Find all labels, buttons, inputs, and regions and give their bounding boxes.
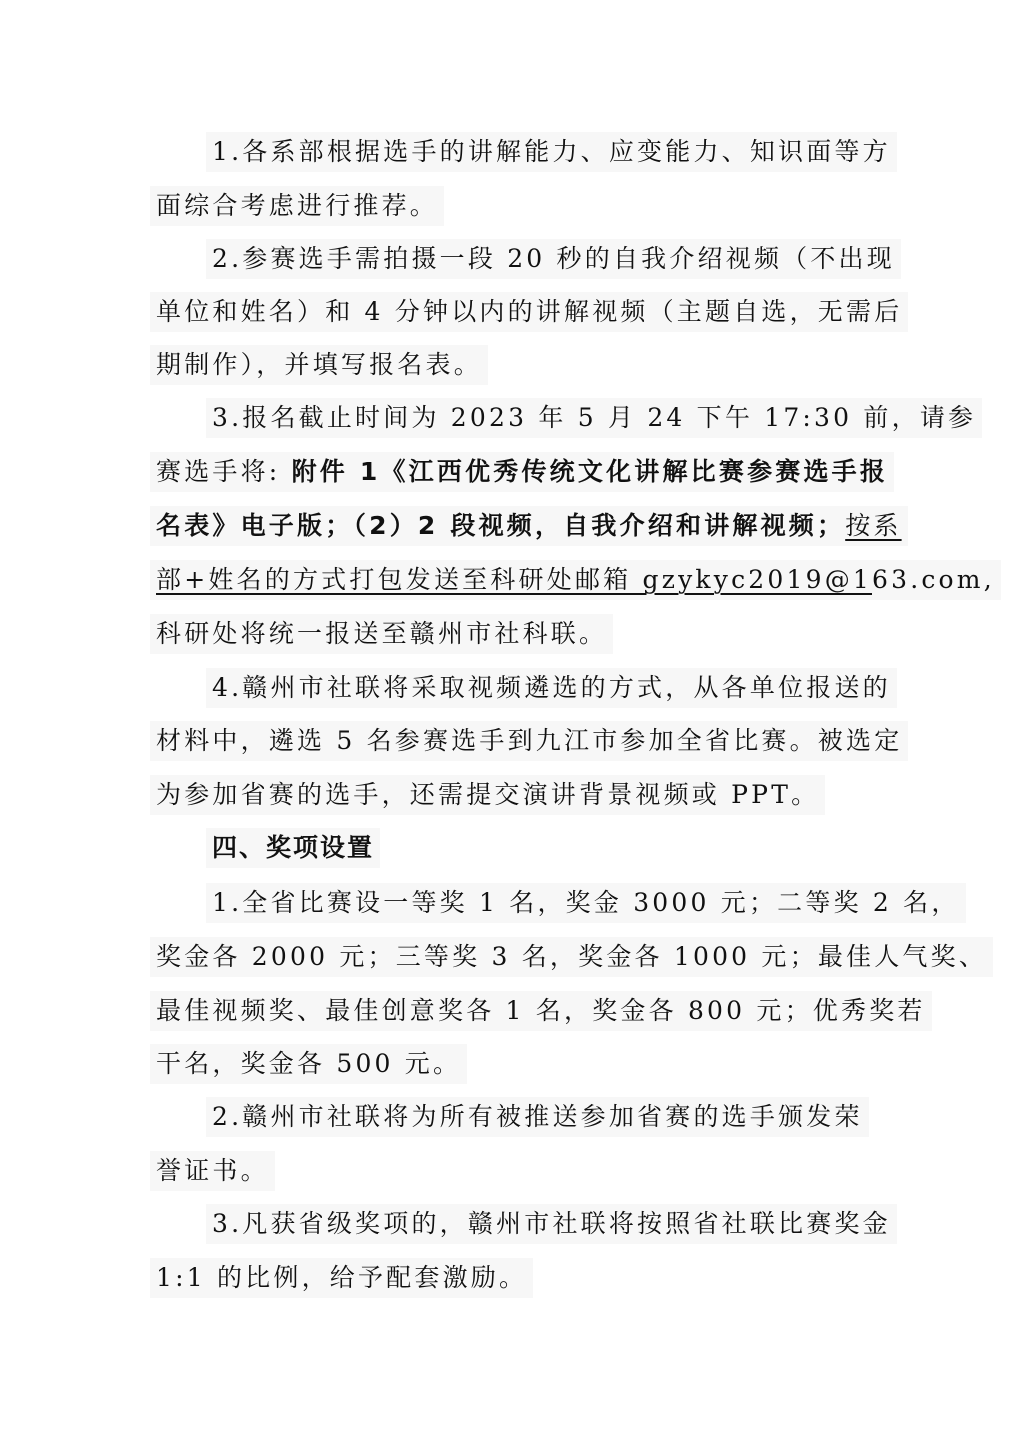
paragraph-line: 3.报名截止时间为 2023 年 5 月 24 下午 17:30 前，请参 xyxy=(206,398,982,438)
plain-text: 63.com, xyxy=(872,565,995,594)
paragraph-line: 面综合考虑进行推荐。 xyxy=(150,186,444,226)
paragraph-line: 4.赣州市社联将采取视频遴选的方式，从各单位报送的 xyxy=(206,668,897,708)
paragraph-line: 部+姓名的方式打包发送至科研处邮箱 gzykyc2019@163.com, xyxy=(150,560,1001,600)
paragraph-line: 为参加省赛的选手，还需提交演讲背景视频或 PPT。 xyxy=(150,775,825,815)
underlined-email-instruction: 部+姓名的方式打包发送至科研处邮箱 gzykyc2019@1 xyxy=(156,565,872,594)
paragraph-line: 1:1 的比例，给予配套激励。 xyxy=(150,1258,533,1298)
bold-attachment-text: 名表》电子版；（2）2 段视频，自我介绍和讲解视频； xyxy=(156,511,845,540)
paragraph-line: 干名，奖金各 500 元。 xyxy=(150,1044,467,1084)
paragraph-line: 奖金各 2000 元；三等奖 3 名，奖金各 1000 元；最佳人气奖、 xyxy=(150,937,993,977)
paragraph-line: 1.全省比赛设一等奖 1 名，奖金 3000 元；二等奖 2 名， xyxy=(206,883,966,923)
underlined-instruction: 按系 xyxy=(845,511,901,540)
paragraph-line: 赛选手将: 附件 1《江西优秀传统文化讲解比赛参赛选手报 xyxy=(150,452,894,492)
paragraph-line: 科研处将统一报送至赣州市社科联。 xyxy=(150,614,613,654)
paragraph-line: 名表》电子版；（2）2 段视频，自我介绍和讲解视频；按系 xyxy=(150,506,908,546)
paragraph-line: 1.各系部根据选手的讲解能力、应变能力、知识面等方 xyxy=(206,132,897,172)
paragraph-line: 誉证书。 xyxy=(150,1151,275,1191)
document-page: 1.各系部根据选手的讲解能力、应变能力、知识面等方 面综合考虑进行推荐。 2.参… xyxy=(0,0,1024,1448)
paragraph-line: 最佳视频奖、最佳创意奖各 1 名，奖金各 800 元；优秀奖若 xyxy=(150,991,932,1031)
plain-text: 赛选手将: xyxy=(156,457,292,486)
paragraph-line: 2.参赛选手需拍摄一段 20 秒的自我介绍视频（不出现 xyxy=(206,239,901,279)
section-heading: 四、奖项设置 xyxy=(206,828,380,868)
bold-attachment-text: 附件 1《江西优秀传统文化讲解比赛参赛选手报 xyxy=(292,457,889,486)
paragraph-line: 材料中，遴选 5 名参赛选手到九江市参加全省比赛。被选定 xyxy=(150,721,908,761)
paragraph-line: 期制作），并填写报名表。 xyxy=(150,345,488,385)
paragraph-line: 单位和姓名）和 4 分钟以内的讲解视频（主题自选，无需后 xyxy=(150,292,908,332)
paragraph-line: 3.凡获省级奖项的，赣州市社联将按照省社联比赛奖金 xyxy=(206,1204,897,1244)
paragraph-line: 2.赣州市社联将为所有被推送参加省赛的选手颁发荣 xyxy=(206,1097,869,1137)
